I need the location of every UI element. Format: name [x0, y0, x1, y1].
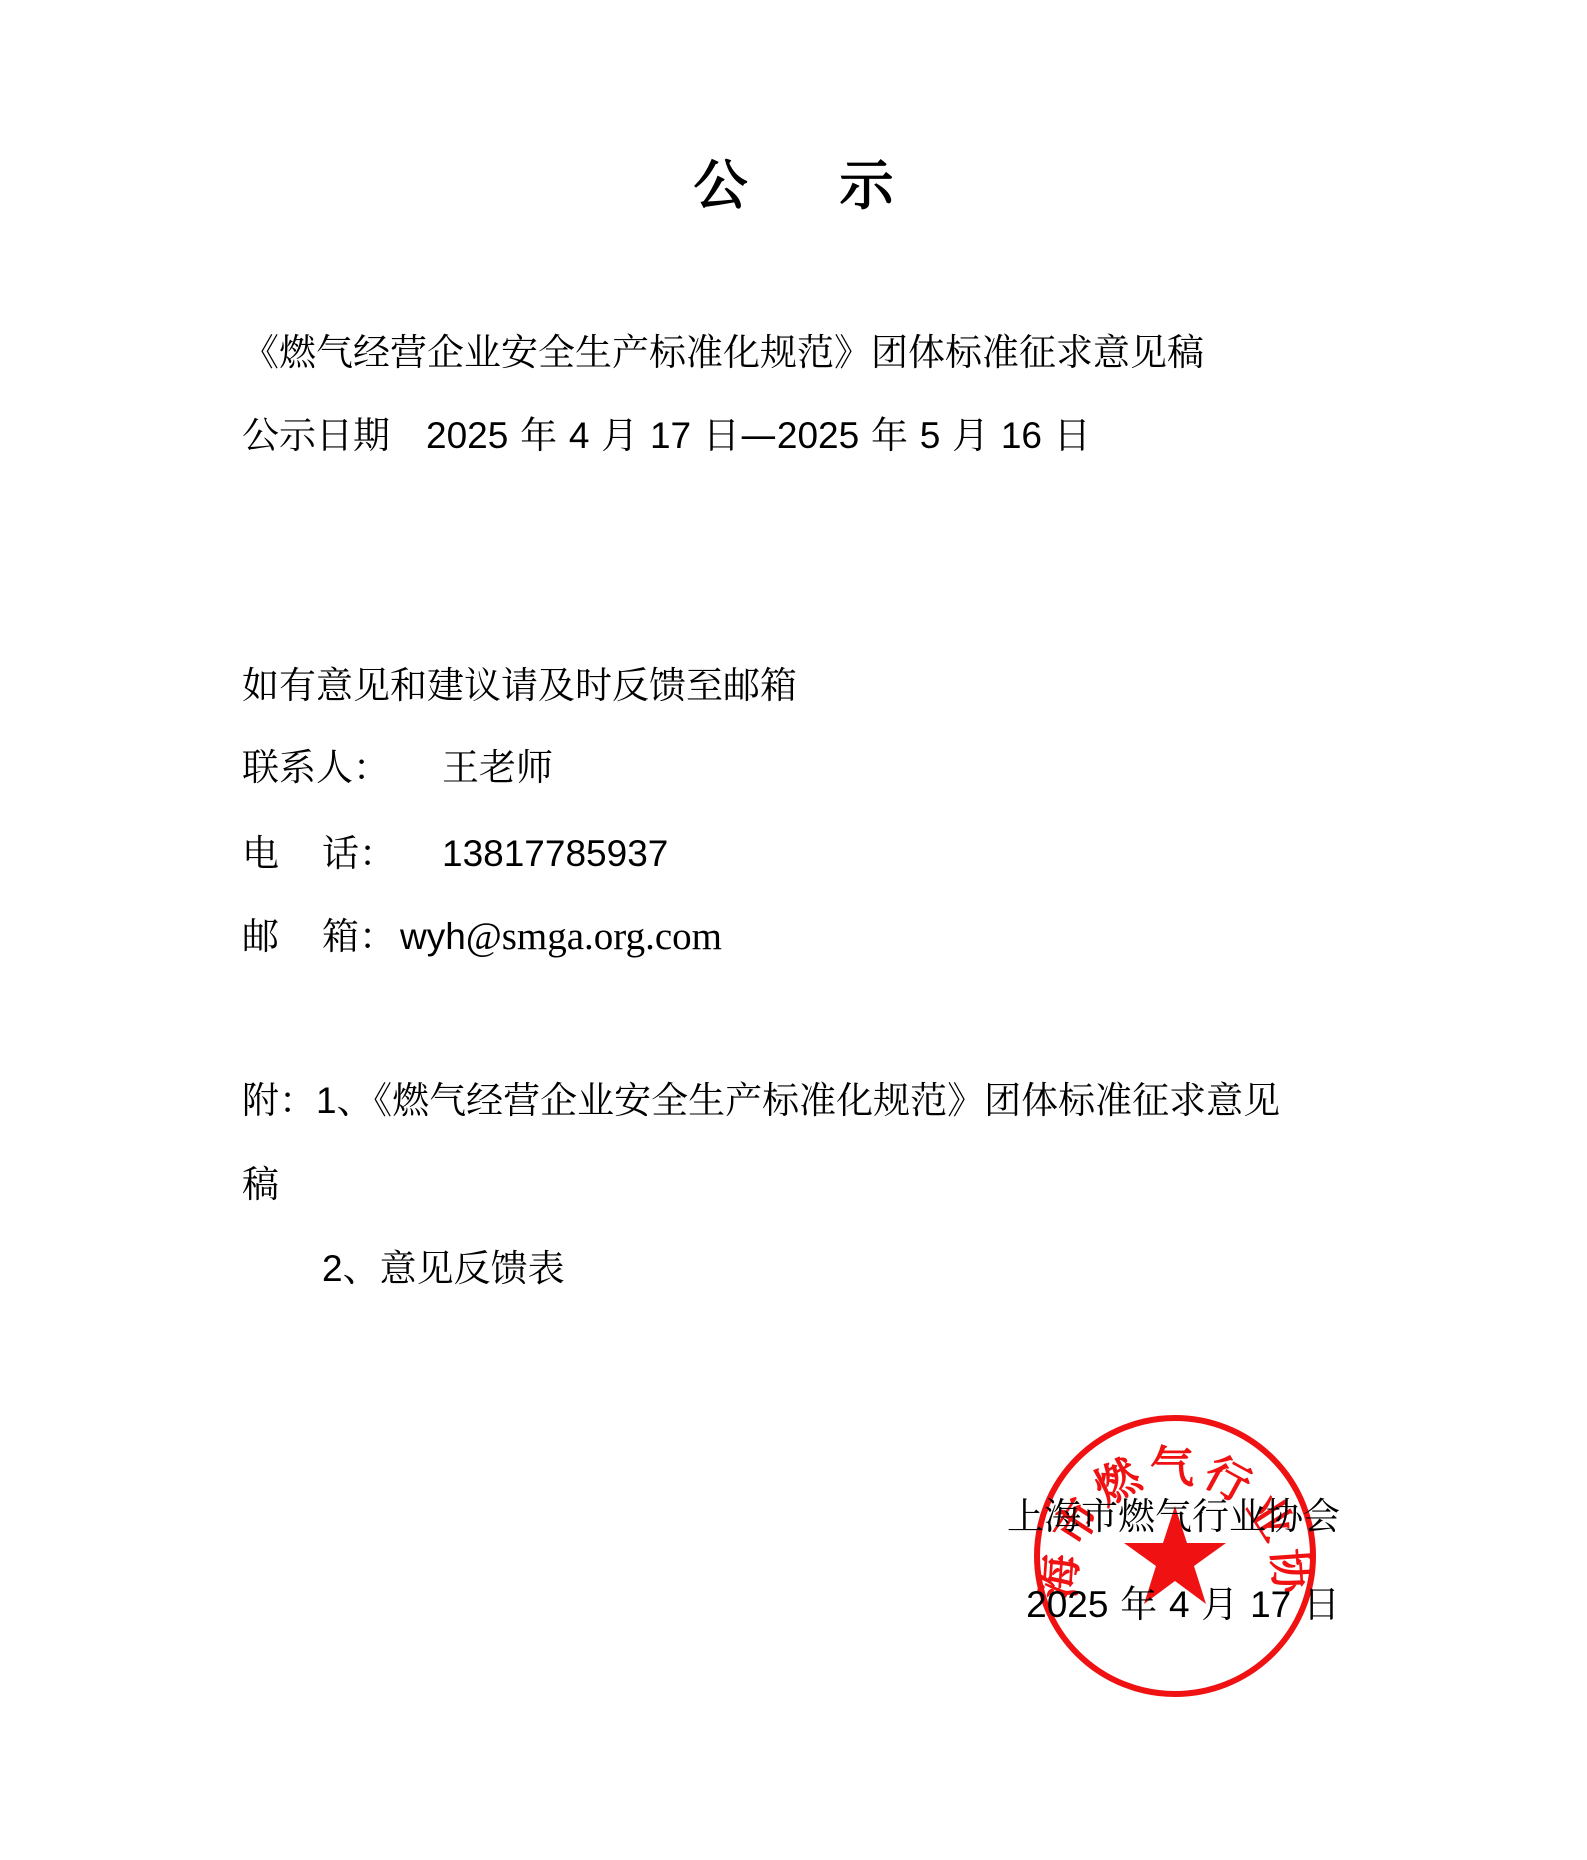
period-end-day: 16: [1001, 415, 1042, 456]
period-start-year: 2025: [426, 415, 508, 456]
title-char-1: 公: [694, 148, 748, 222]
page-title: 公示: [0, 148, 1587, 222]
contact-row: 联系人： 王老师: [242, 743, 842, 793]
period-end-year: 2025: [777, 415, 859, 456]
attachment-1-title: 《燃气经营企业安全生产标准化规范》团体标准征求意见: [374, 1079, 1281, 1122]
period-start-month: 4: [569, 415, 590, 456]
contact-label: 联系人：: [242, 746, 390, 789]
email-label-b: 箱：: [322, 915, 396, 958]
attachment-2-number: 2、: [322, 1248, 380, 1289]
phone-value: 13817785937: [442, 829, 668, 879]
standard-name: 《燃气经营企业安全生产标准化规范》团体标准征求意见稿: [242, 328, 1204, 378]
official-seal: 上海市燃气行业协会: [1032, 1413, 1318, 1699]
period-end-month: 5: [920, 415, 941, 456]
attachment-item-1: 附：1、《燃气经营企业安全生产标准化规范》团体标准征求意见: [242, 1076, 1280, 1126]
issue-date: 2025 年 4 月 17 日: [1026, 1580, 1340, 1630]
period-dash: —: [740, 414, 777, 457]
document-page: 公示 《燃气经营企业安全生产标准化规范》团体标准征求意见稿 公示日期2025 年…: [0, 0, 1587, 1860]
phone-row: 电话： 13817785937: [242, 829, 842, 879]
email-value[interactable]: wyh@smga.org.com: [400, 912, 722, 962]
feedback-note: 如有意见和建议请及时反馈至邮箱: [242, 661, 797, 711]
notice-period: 公示日期2025 年 4 月 17 日—2025 年 5 月 16 日: [242, 411, 1091, 461]
period-start-day: 17: [650, 415, 691, 456]
phone-label-b: 话：: [322, 832, 396, 875]
email-label-a: 邮: [242, 912, 322, 962]
contact-value: 王老师: [442, 743, 553, 793]
attachment-item-2: 2、意见反馈表: [322, 1244, 565, 1294]
attachment-prefix: 附：: [242, 1079, 316, 1122]
attachment-item-1-wrap: 稿: [242, 1160, 279, 1210]
phone-label-a: 电: [242, 829, 322, 879]
period-label: 公示日期: [242, 414, 390, 457]
email-row: 邮箱： wyh@smga.org.com: [242, 912, 842, 962]
issuer-organization: 上海市燃气行业协会: [1007, 1492, 1340, 1542]
attachment-1-number: 1、: [316, 1080, 374, 1121]
title-char-2: 示: [840, 148, 894, 222]
attachment-2-title: 意见反馈表: [380, 1247, 565, 1290]
